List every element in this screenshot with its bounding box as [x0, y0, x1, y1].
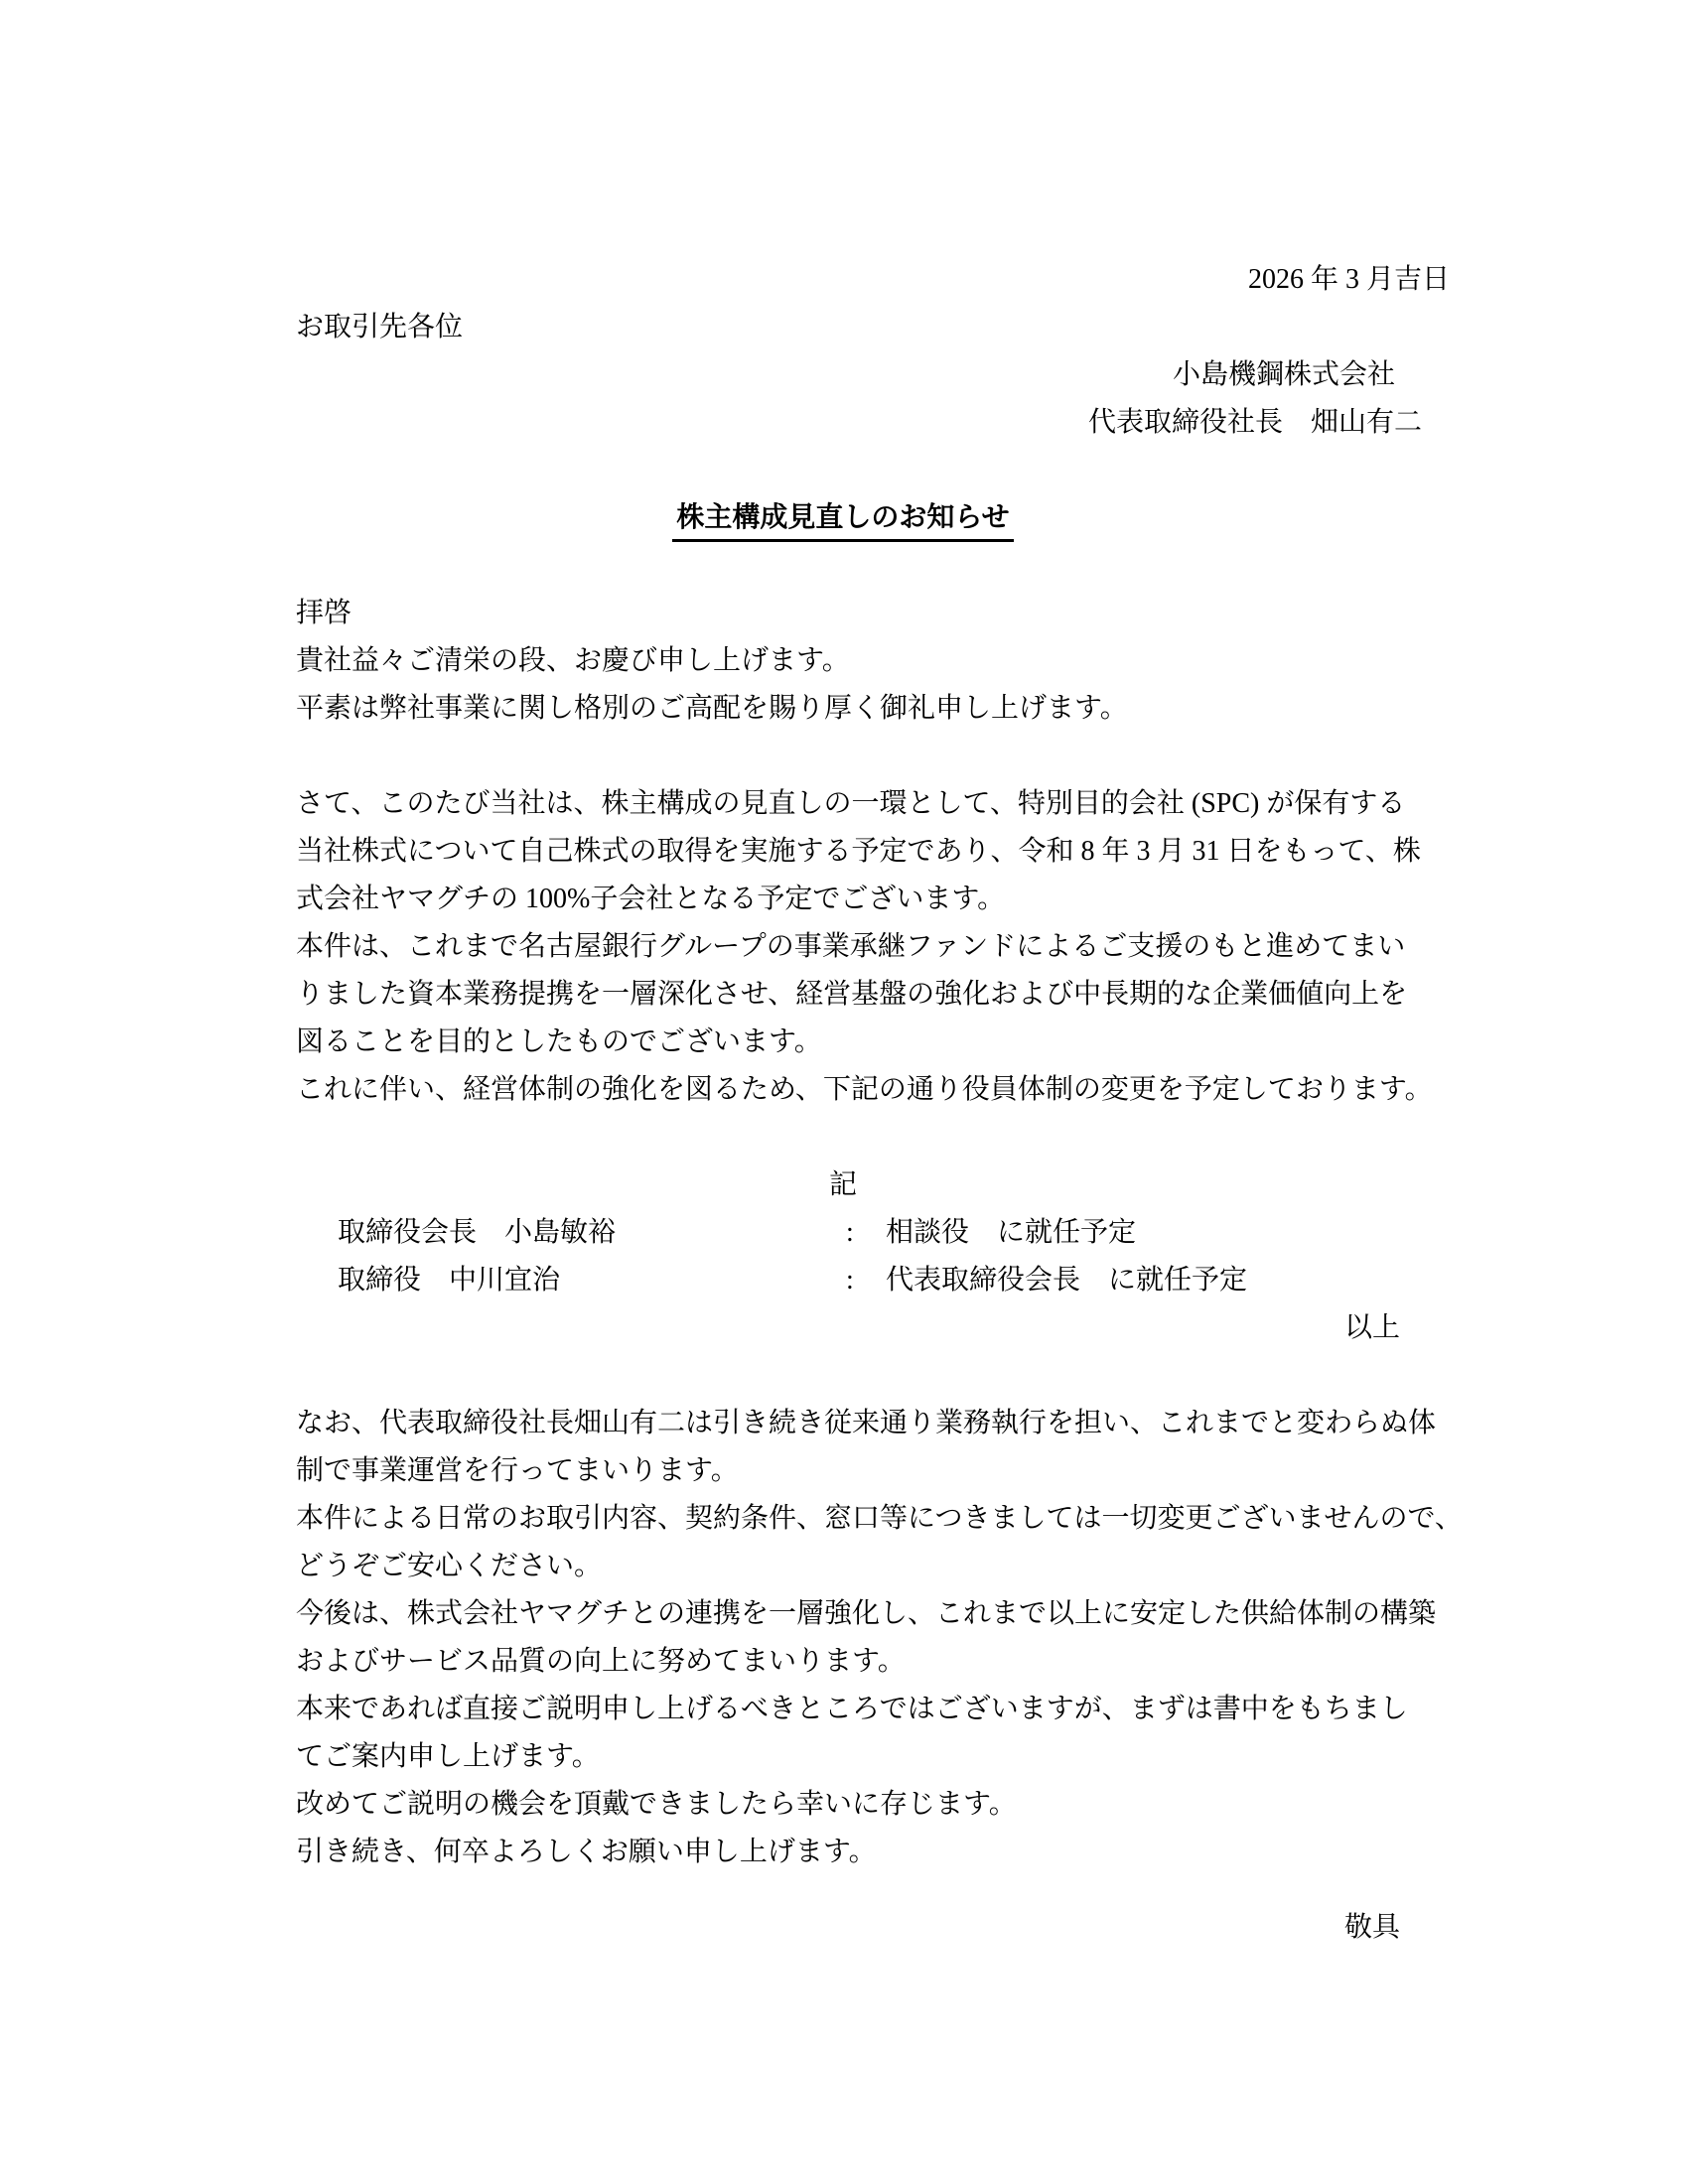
- officer-position: 取締役会長 小島敏裕: [296, 1209, 846, 1257]
- officer-position: 取締役 中川宜治: [296, 1257, 846, 1304]
- body-line: これに伴い、経営体制の強化を図るため、下記の通り役員体制の変更を予定しております…: [296, 1066, 1450, 1114]
- officer-appointment: 相談役 に就任予定: [886, 1209, 1450, 1257]
- colon-separator: :: [846, 1257, 886, 1304]
- body-line: 制で事業運営を行ってまいります。: [296, 1447, 1450, 1495]
- recipient-line: お取引先各位: [296, 304, 1450, 351]
- salutation: 拝啓: [296, 590, 1450, 637]
- greeting-line: 貴社益々ご清栄の段、お慶び申し上げます。: [296, 637, 1450, 685]
- spacer: [296, 542, 1450, 590]
- business-letter: 2026 年 3 月吉日 お取引先各位 小島機鋼株式会社 代表取締役社長 畑山有…: [0, 0, 1688, 2184]
- body-line: 本件は、これまで名古屋銀行グループの事業承継ファンドによるご支援のもと進めてまい: [296, 923, 1450, 971]
- spacer: [296, 447, 1450, 494]
- sender-representative: 代表取締役社長 畑山有二: [296, 399, 1450, 447]
- spacer: [296, 1352, 1450, 1400]
- body-line: 図ることを目的としたものでございます。: [296, 1019, 1450, 1066]
- body-line: りました資本業務提携を一層深化させ、経営基盤の強化および中長期的な企業価値向上を: [296, 971, 1450, 1019]
- greeting-line: 平素は弊社事業に関し格別のご高配を賜り厚く御礼申し上げます。: [296, 685, 1450, 733]
- officer-change-row: 取締役 中川宜治 : 代表取締役会長 に就任予定: [296, 1257, 1450, 1304]
- body-line: 改めてご説明の機会を頂戴できましたら幸いに存じます。: [296, 1781, 1450, 1829]
- body-line: およびサービス品質の向上に努めてまいります。: [296, 1638, 1450, 1686]
- sender-company: 小島機鋼株式会社: [296, 351, 1450, 399]
- closing-word: 敬具: [296, 1904, 1450, 1952]
- letter-date: 2026 年 3 月吉日: [296, 256, 1450, 304]
- body-line: なお、代表取締役社長畑山有二は引き続き従来通り業務執行を担い、これまでと変わらぬ…: [296, 1400, 1450, 1447]
- officer-appointment: 代表取締役会長 に就任予定: [886, 1257, 1450, 1304]
- ki-marker: 記: [296, 1161, 1450, 1209]
- body-line: 引き続き、何卒よろしくお願い申し上げます。: [296, 1829, 1450, 1876]
- title-line: 株主構成見直しのお知らせ: [296, 494, 1450, 542]
- body-line: 式会社ヤマグチの 100%子会社となる予定でございます。: [296, 876, 1450, 923]
- spacer: [296, 733, 1450, 780]
- body-line: 当社株式について自己株式の取得を実施する予定であり、令和 8 年 3 月 31 …: [296, 828, 1450, 876]
- letter-title: 株主構成見直しのお知らせ: [672, 500, 1013, 542]
- body-line: 本来であれば直接ご説明申し上げるべきところではございますが、まずは書中をもちまし: [296, 1686, 1450, 1733]
- body-line: てご案内申し上げます。: [296, 1733, 1450, 1781]
- officer-change-row: 取締役会長 小島敏裕 : 相談役 に就任予定: [296, 1209, 1450, 1257]
- body-line: 本件による日常のお取引内容、契約条件、窓口等につきましては一切変更ございませんの…: [296, 1495, 1450, 1543]
- spacer: [296, 1114, 1450, 1161]
- body-line: どうぞご安心ください。: [296, 1543, 1450, 1590]
- colon-separator: :: [846, 1209, 886, 1257]
- body-line: 今後は、株式会社ヤマグチとの連携を一層強化し、これまで以上に安定した供給体制の構…: [296, 1590, 1450, 1638]
- body-line: さて、このたび当社は、株主構成の見直しの一環として、特別目的会社 (SPC) が…: [296, 780, 1450, 828]
- ijou-end-marker: 以上: [296, 1304, 1450, 1352]
